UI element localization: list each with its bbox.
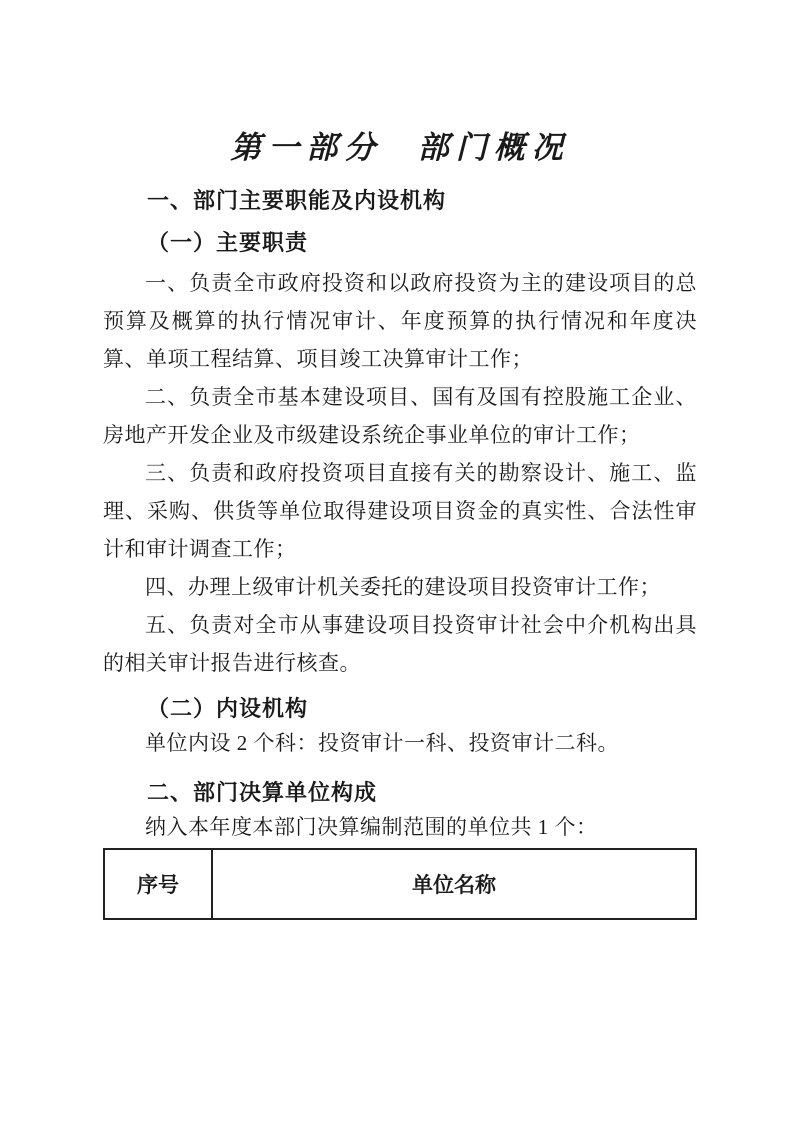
duty-paragraph-3: 三、负责和政府投资项目直接有关的勘察设计、施工、监理、采购、供货等单位取得建设项…	[103, 454, 697, 568]
document-page: 第一部分 部门概况 一、部门主要职能及内设机构 （一）主要职责 一、负责全市政府…	[0, 0, 793, 1122]
subsection-heading-main-duties: （一）主要职责	[103, 228, 697, 258]
unit-table-header-row: 序号 单位名称	[104, 849, 696, 919]
unit-table-header-index: 序号	[104, 849, 212, 919]
document-title: 第一部分 部门概况	[103, 126, 697, 170]
unit-table-header-name: 单位名称	[212, 849, 696, 919]
duty-paragraph-4: 四、办理上级审计机关委托的建设项目投资审计工作；	[103, 568, 697, 606]
duty-paragraph-5: 五、负责对全市从事建设项目投资审计社会中介机构出具的相关审计报告进行核查。	[103, 606, 697, 682]
section-heading-unit-composition: 二、部门决算单位构成	[103, 778, 697, 808]
document-content: 第一部分 部门概况 一、部门主要职能及内设机构 （一）主要职责 一、负责全市政府…	[103, 0, 697, 920]
internal-orgs-text: 单位内设 2 个科：投资审计一科、投资审计二科。	[103, 724, 697, 762]
subsection-heading-internal-orgs: （二）内设机构	[103, 694, 697, 724]
unit-scope-text: 纳入本年度本部门决算编制范围的单位共 1 个：	[103, 808, 697, 846]
duty-paragraph-1: 一、负责全市政府投资和以政府投资为主的建设项目的总预算及概算的执行情况审计、年度…	[103, 264, 697, 378]
unit-table: 序号 单位名称	[103, 848, 697, 920]
duty-paragraph-2: 二、负责全市基本建设项目、国有及国有控股施工企业、房地产开发企业及市级建设系统企…	[103, 378, 697, 454]
section-heading-functions: 一、部门主要职能及内设机构	[103, 186, 697, 216]
